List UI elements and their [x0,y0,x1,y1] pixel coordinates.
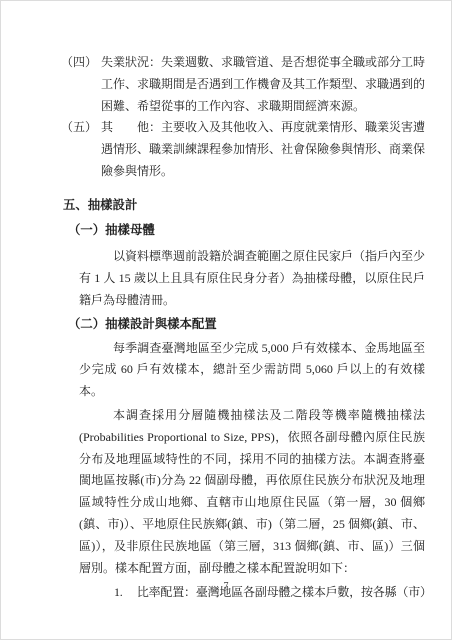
subsection-2-heading: （二）抽樣設計與樣本配置 [68,314,425,336]
section-heading: 五、抽樣設計 [63,195,425,217]
subsection-1-heading: （一）抽樣母體 [68,220,425,242]
document-content: （四） 失業狀況：失業週數、求職管道、是否想從事全職或部分工時工作、求職期間是否… [61,52,425,604]
list-item-4: （四） 失業狀況：失業週數、求職管道、是否想從事全職或部分工時工作、求職期間是否… [61,52,425,117]
list-item-4-text: 失業狀況：失業週數、求職管道、是否想從事全職或部分工時工作、求職期間是否遇到工作… [101,55,425,113]
list-item-5: （五） 其 他：主要收入及其他收入、再度就業情形、職業災害遭遇情形、職業訓練課程… [61,117,425,182]
list-item-5-text: 其 他：主要收入及其他收入、再度就業情形、職業災害遭遇情形、職業訓練課程參加情形… [101,120,425,178]
paragraph-sample-size: 每季調查臺灣地區至少完成 5,000 戶有效樣本、金馬地區至少完成 60 戶有效… [79,338,425,403]
page-number: 7 [1,581,451,592]
document-page: （四） 失業狀況：失業週數、求職管道、是否想從事全職或部分工時工作、求職期間是否… [0,0,452,640]
paragraph-sampling-population: 以資料標準週前設籍於調查範圍之原住民家戶（指戶內至少有 1 人 15 歲以上且具… [79,246,425,311]
paragraph-sampling-method: 本調查採用分層隨機抽樣法及二階段等機率隨機抽樣法 (Probabilities … [79,405,425,579]
list-item-5-label: （五） [61,117,97,139]
list-item-4-label: （四） [61,52,97,74]
